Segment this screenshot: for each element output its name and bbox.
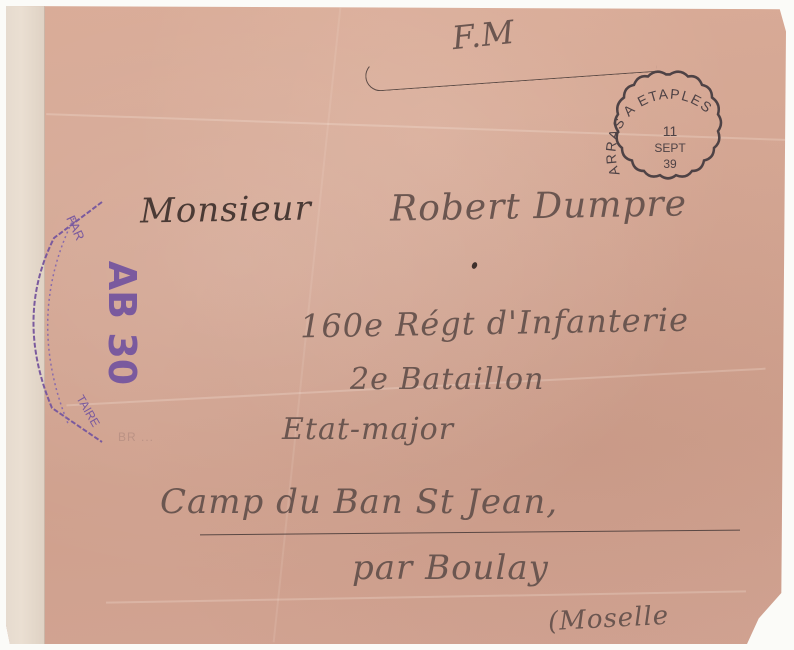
address-via: par Boulay — [352, 548, 549, 588]
address-name: Robert Dumpre — [390, 183, 688, 229]
postmark-ring-text: ARRAS A ETAPLES — [602, 86, 716, 179]
fm-annotation: F.M — [450, 13, 517, 57]
postmark-month: SEPT — [654, 141, 686, 155]
censor-code: AB 30 — [100, 261, 144, 385]
address-battalion: 2e Bataillon — [350, 362, 544, 397]
censor-stamp: AB 30 PAR TAIRE — [14, 198, 164, 448]
address-department: (Moselle — [547, 601, 670, 637]
address-salutation: Monsieur — [140, 189, 312, 232]
address-camp: Camp du Ban St Jean, — [160, 482, 558, 522]
address-regiment: 160e Régt d'Infanterie — [300, 301, 690, 346]
address-staff: Etat-major — [282, 412, 454, 447]
postmark-year: 39 — [663, 157, 677, 171]
svg-text:ARRAS A ETAPLES: ARRAS A ETAPLES — [602, 86, 716, 179]
faint-mark: BR ... — [118, 430, 154, 444]
postmark-day: 11 — [663, 123, 678, 139]
censor-label-suffix: TAIRE — [73, 393, 102, 430]
